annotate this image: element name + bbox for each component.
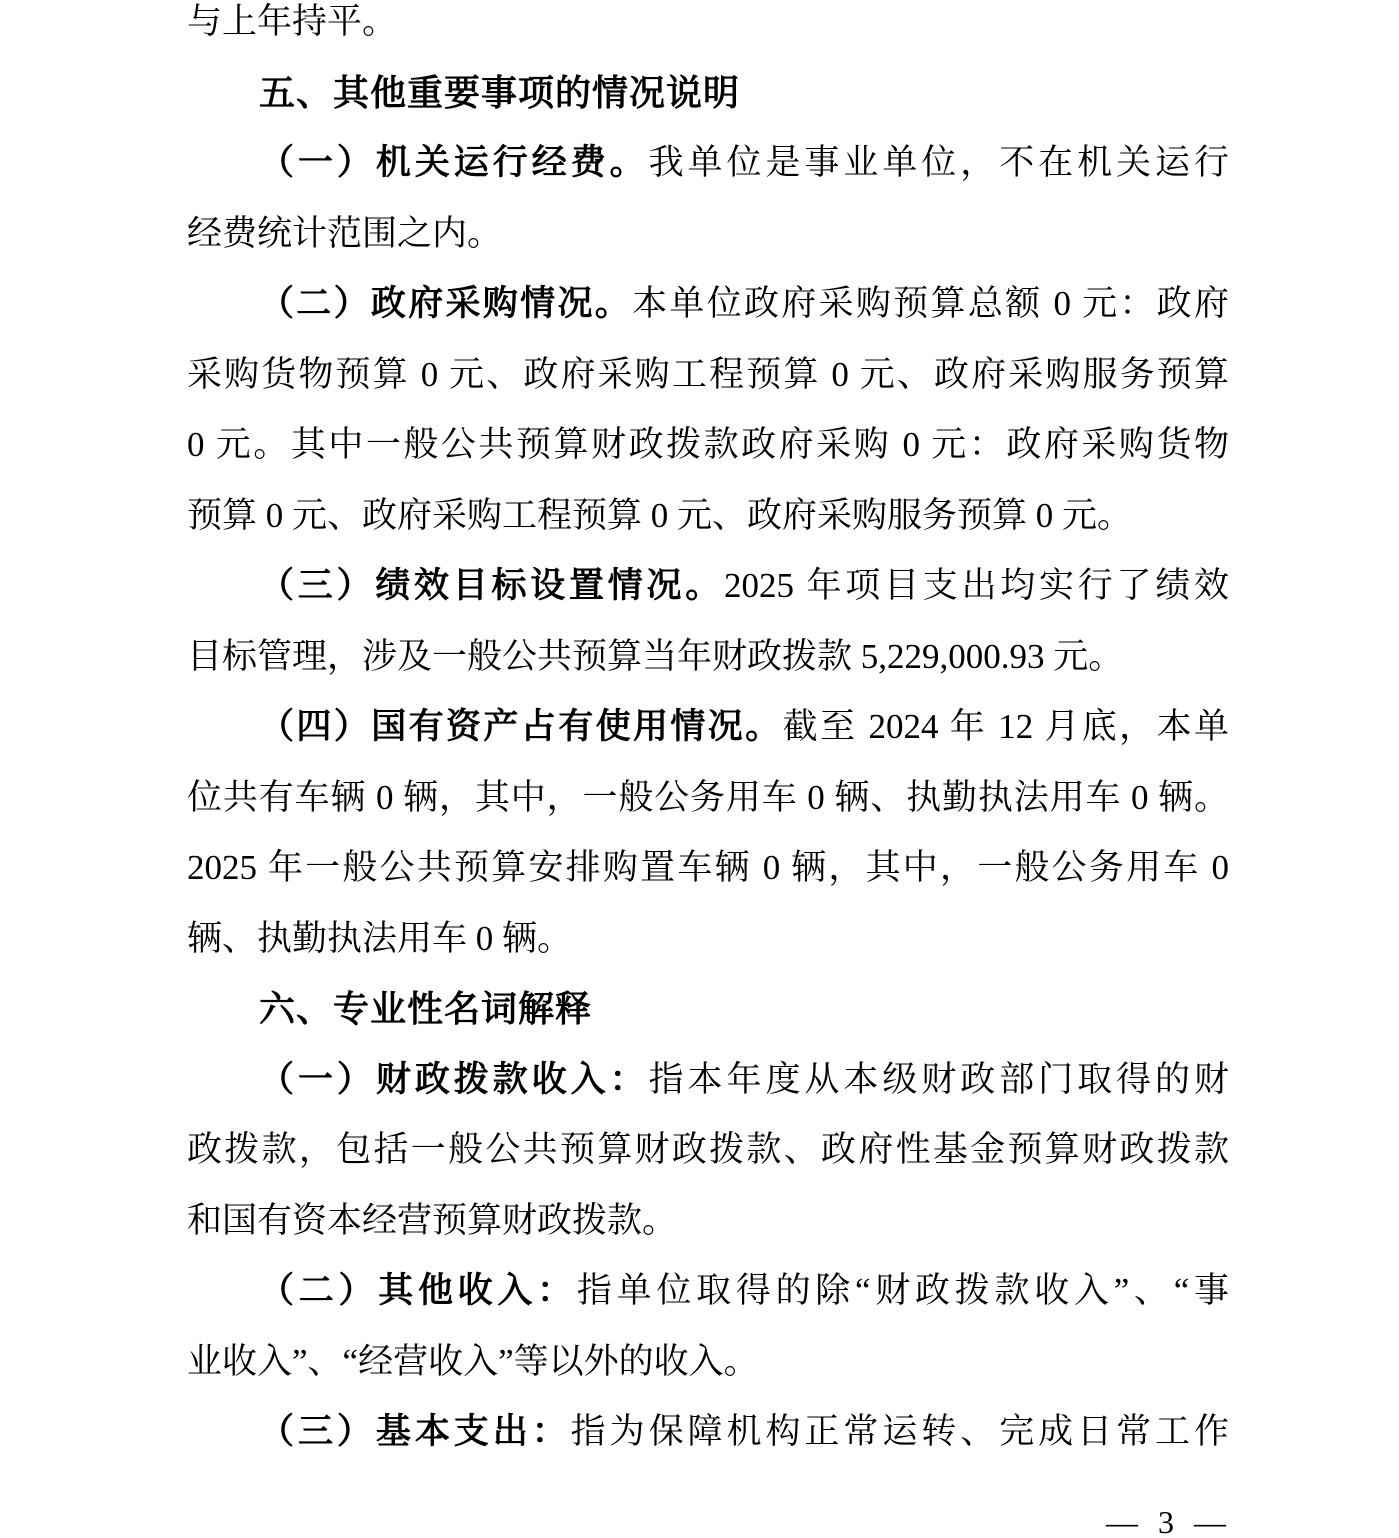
text-segment: 2025 年项目支出均实行了绩效: [724, 566, 1229, 605]
text-segment-bold: （二）政府采购情况。: [259, 284, 632, 323]
text-segment: 与上年持平。: [187, 2, 397, 41]
text-line: （三）绩效目标设置情况。2025 年项目支出均实行了绩效: [187, 551, 1229, 622]
text-segment: 截至 2024 年 12 月底，本单: [783, 707, 1229, 746]
document-body: 与上年持平。五、其他重要事项的情况说明（一）机关运行经费。我单位是事业单位，不在…: [187, 0, 1229, 1468]
text-segment: 本单位政府采购预算总额 0 元：政府: [632, 284, 1229, 323]
text-segment-bold: （一）财政拨款收入：: [259, 1060, 649, 1099]
text-line: （一）机关运行经费。我单位是事业单位，不在机关运行: [187, 128, 1229, 199]
text-segment: 2025 年一般公共预算安排购置车辆 0 辆，其中，一般公务用车 0: [187, 848, 1229, 887]
page-number: — 3 —: [1106, 1498, 1232, 1538]
text-segment: 我单位是事业单位，不在机关运行: [649, 143, 1229, 182]
text-segment: 指为保障机构正常运转、完成日常工作: [571, 1412, 1229, 1451]
text-segment: 政拨款，包括一般公共预算财政拨款、政府性基金预算财政拨款: [187, 1130, 1229, 1169]
text-segment: 采购货物预算 0 元、政府采购工程预算 0 元、政府采购服务预算: [187, 355, 1229, 394]
text-segment-bold: （三）绩效目标设置情况。: [259, 566, 724, 605]
section-heading: 六、专业性名词解释: [187, 974, 1229, 1045]
text-line: （二）其他收入：指单位取得的除“财政拨款收入”、“事: [187, 1256, 1229, 1327]
document-page: 与上年持平。五、其他重要事项的情况说明（一）机关运行经费。我单位是事业单位，不在…: [0, 0, 1399, 1538]
text-line: 预算 0 元、政府采购工程预算 0 元、政府采购服务预算 0 元。: [187, 481, 1229, 552]
text-segment-bold: （二）其他收入：: [259, 1271, 577, 1310]
text-line: 政拨款，包括一般公共预算财政拨款、政府性基金预算财政拨款: [187, 1115, 1229, 1186]
text-segment-bold: （一）机关运行经费。: [259, 143, 649, 182]
text-segment-bold: （四）国有资产占有使用情况。: [259, 707, 783, 746]
text-segment-bold: 五、其他重要事项的情况说明: [259, 72, 740, 113]
text-segment: 经费统计范围之内。: [187, 214, 502, 253]
text-segment: 目标管理，涉及一般公共预算当年财政拨款 5,229,000.93 元。: [187, 637, 1123, 676]
text-line: 目标管理，涉及一般公共预算当年财政拨款 5,229,000.93 元。: [187, 622, 1229, 693]
text-line: 2025 年一般公共预算安排购置车辆 0 辆，其中，一般公务用车 0: [187, 833, 1229, 904]
text-line: 0 元。其中一般公共预算财政拨款政府采购 0 元：政府采购货物: [187, 410, 1229, 481]
section-heading: 五、其他重要事项的情况说明: [187, 58, 1229, 129]
text-line: 和国有资本经营预算财政拨款。: [187, 1186, 1229, 1257]
text-segment: 位共有车辆 0 辆，其中，一般公务用车 0 辆、执勤执法用车 0 辆。: [187, 778, 1229, 817]
text-line: 位共有车辆 0 辆，其中，一般公务用车 0 辆、执勤执法用车 0 辆。: [187, 763, 1229, 834]
text-segment: 指本年度从本级财政部门取得的财: [649, 1060, 1229, 1099]
text-line: （一）财政拨款收入：指本年度从本级财政部门取得的财: [187, 1045, 1229, 1116]
text-line: 业收入”、“经营收入”等以外的收入。: [187, 1327, 1229, 1398]
text-line: （二）政府采购情况。本单位政府采购预算总额 0 元：政府: [187, 269, 1229, 340]
text-segment-bold: （三）基本支出：: [259, 1412, 571, 1451]
text-segment-bold: 六、专业性名词解释: [259, 988, 592, 1029]
text-segment: 业收入”、“经营收入”等以外的收入。: [187, 1342, 759, 1381]
text-segment: 和国有资本经营预算财政拨款。: [187, 1201, 677, 1240]
text-line: 与上年持平。: [187, 0, 1229, 58]
text-line: （三）基本支出：指为保障机构正常运转、完成日常工作: [187, 1397, 1229, 1468]
text-line: 经费统计范围之内。: [187, 199, 1229, 270]
text-line: （四）国有资产占有使用情况。截至 2024 年 12 月底，本单: [187, 692, 1229, 763]
text-line: 辆、执勤执法用车 0 辆。: [187, 904, 1229, 975]
text-segment: 指单位取得的除“财政拨款收入”、“事: [577, 1271, 1229, 1310]
text-segment: 辆、执勤执法用车 0 辆。: [187, 919, 572, 958]
text-segment: 预算 0 元、政府采购工程预算 0 元、政府采购服务预算 0 元。: [187, 496, 1132, 535]
text-segment: 0 元。其中一般公共预算财政拨款政府采购 0 元：政府采购货物: [187, 425, 1229, 464]
text-line: 采购货物预算 0 元、政府采购工程预算 0 元、政府采购服务预算: [187, 340, 1229, 411]
